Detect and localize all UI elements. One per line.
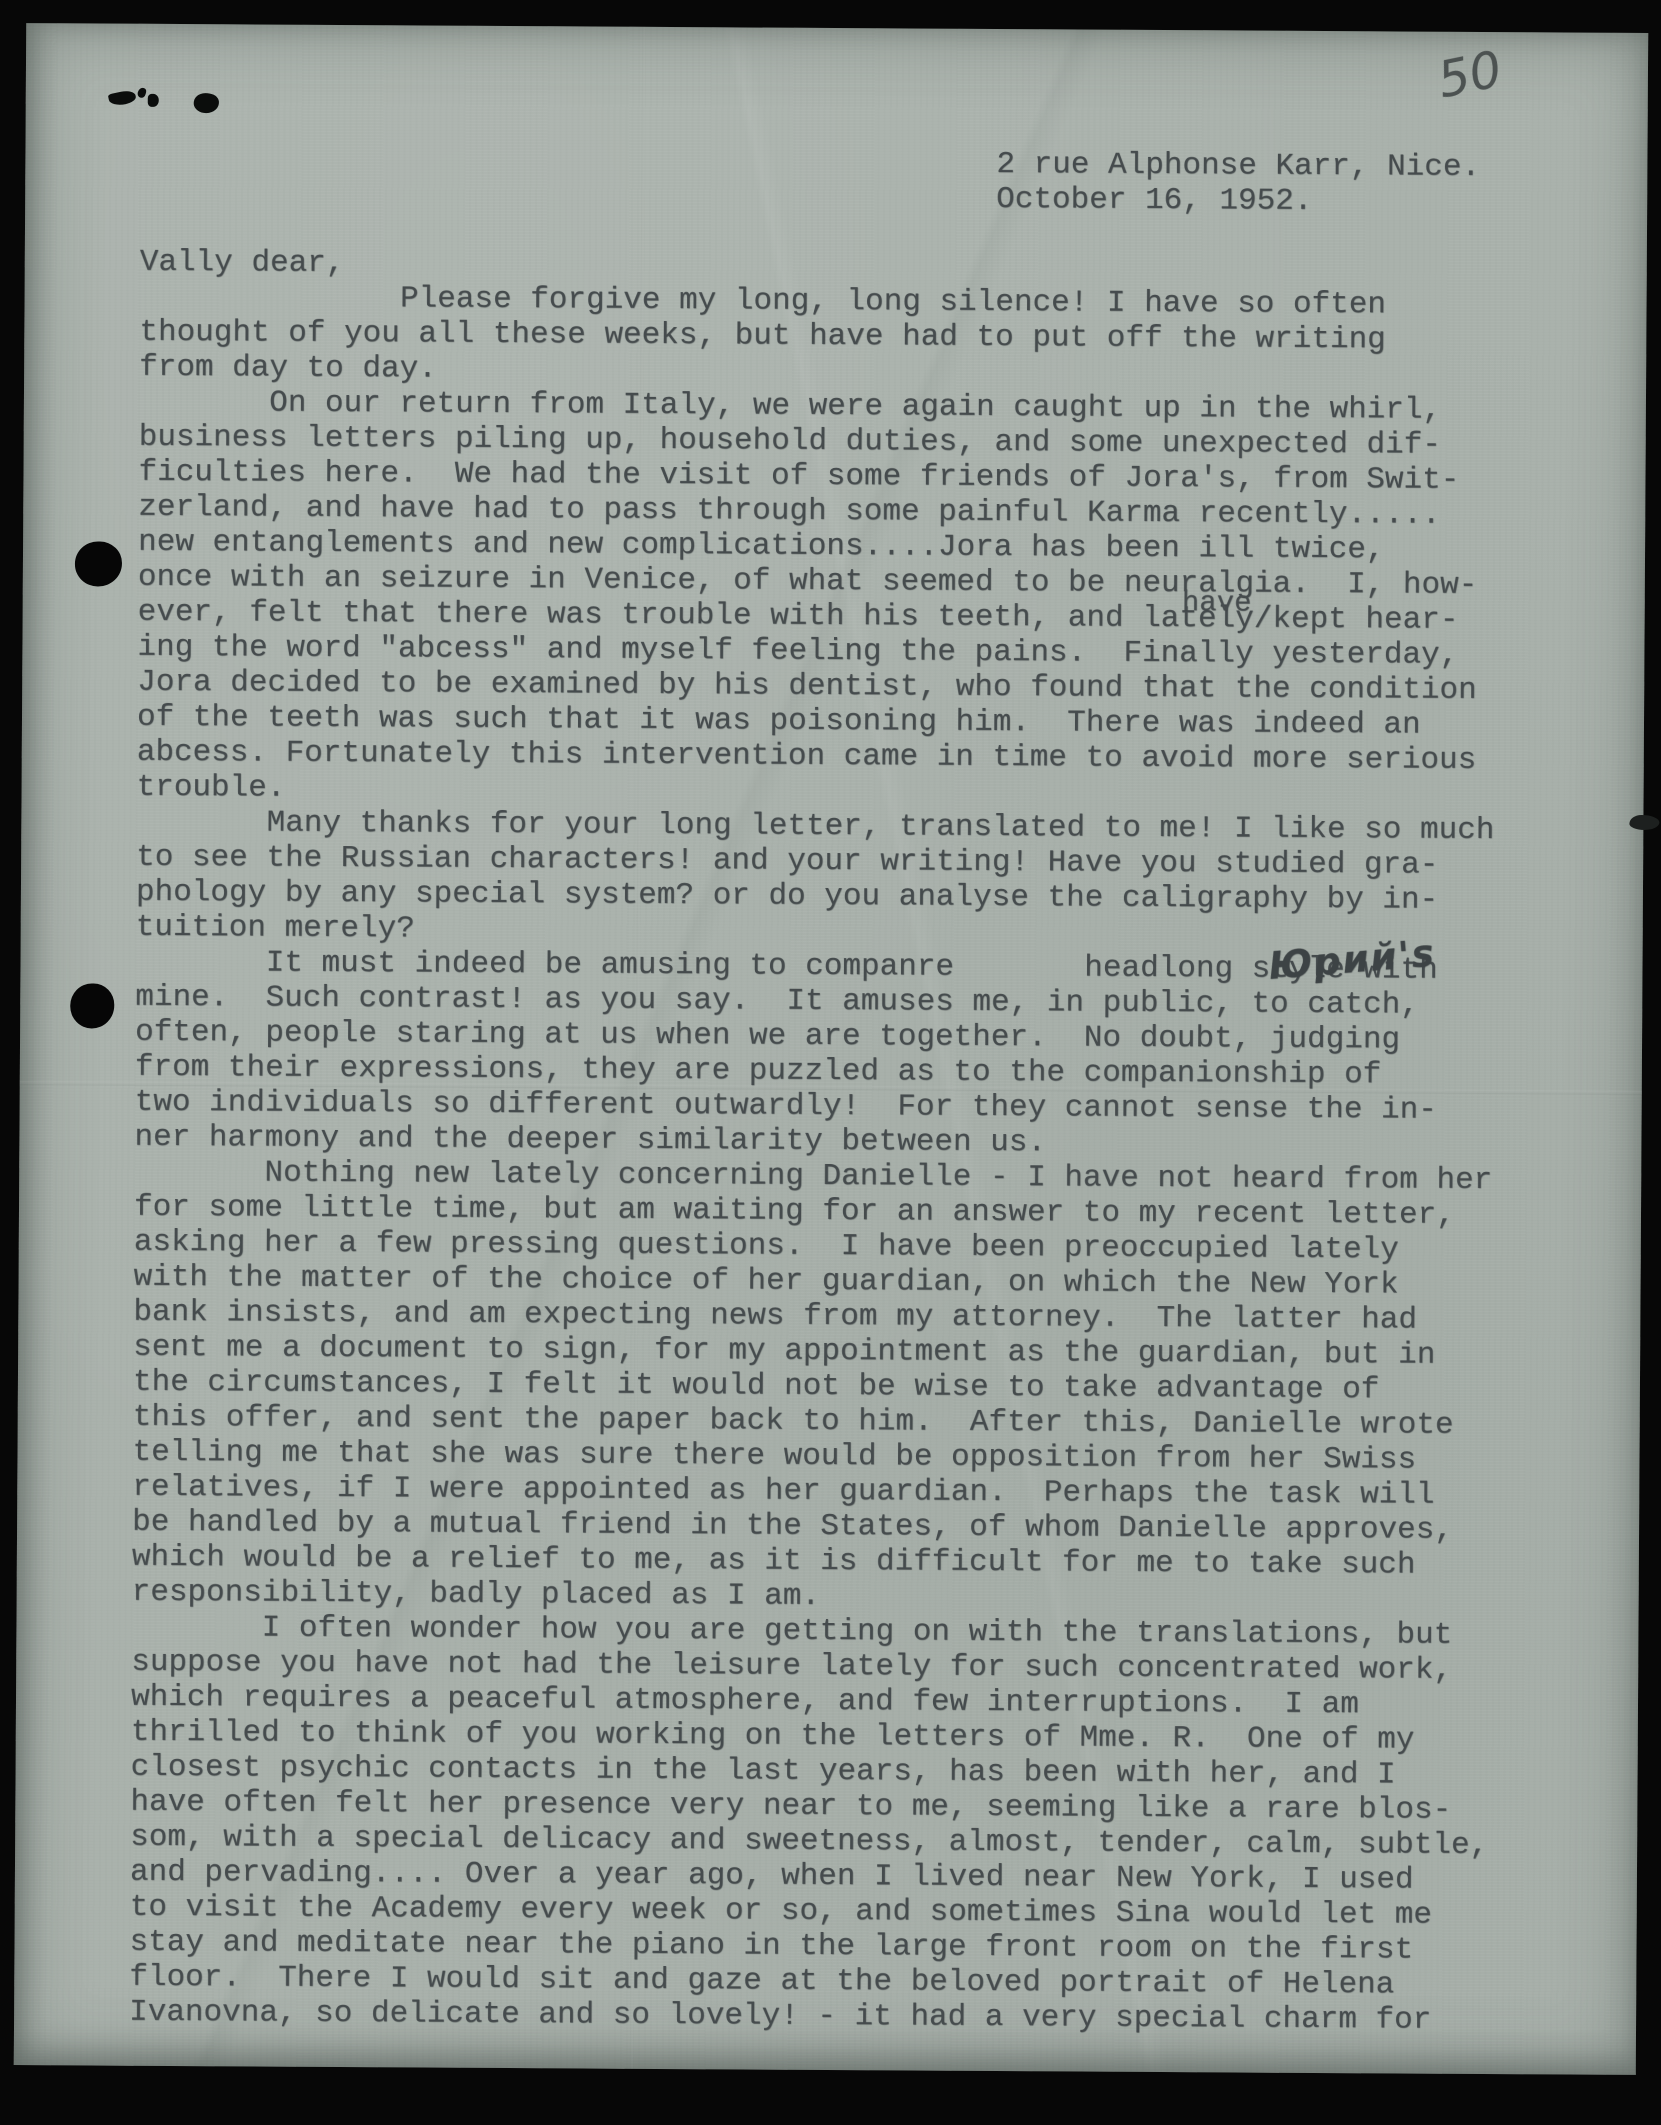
date-line: October 16, 1952. [996,182,1480,220]
handwritten-page-number: 50 [1433,40,1507,110]
staple-mark [108,89,137,107]
address-block: 2 rue Alphonse Karr, Nice. October 16, 1… [996,147,1480,220]
staple-mark [148,94,159,107]
letter-lines: Vally dear, Please forgive my long, long… [129,245,1498,2038]
edge-smudge [1629,815,1659,830]
punch-hole [70,983,114,1028]
punch-hole [75,541,122,586]
staple-mark [192,91,220,114]
staple-mark [137,87,147,99]
handwritten-word: Юрий's [1267,935,1436,983]
letter-line: Ivanovna, so delicate and so lovely! - i… [129,1995,1487,2038]
letter-page: 50 2 rue Alphonse Karr, Nice. October 16… [14,23,1648,2075]
typed-insertion-above-line: have [1182,585,1252,620]
address-line: 2 rue Alphonse Karr, Nice. [996,147,1480,185]
scan-background: { "page": { "page_number": "50", "paper_… [0,0,1661,2125]
